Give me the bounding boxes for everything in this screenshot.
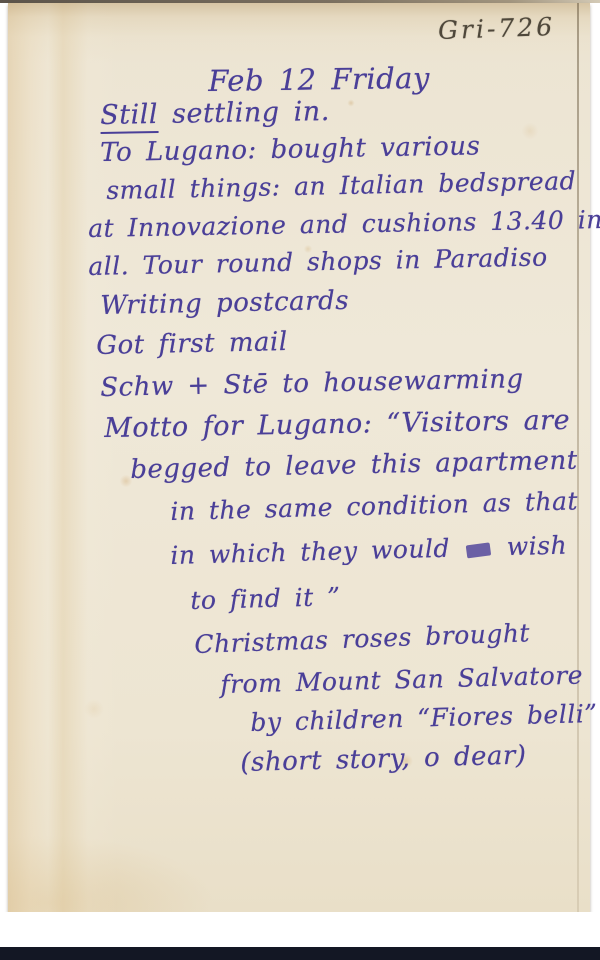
handwriting-line: To Lugano: bought various bbox=[100, 131, 481, 168]
handwriting-line: Feb 12 Friday bbox=[208, 61, 430, 98]
handwriting-line: at Innovazione and cushions 13.40 in bbox=[88, 205, 600, 243]
handwriting-line: Still settling in. bbox=[100, 96, 330, 131]
scan-bottom-margin bbox=[0, 912, 600, 947]
handwriting-line: Schw + Stē to housewarming bbox=[100, 364, 524, 403]
handwriting-line: small things: an Italian bedspread bbox=[106, 166, 576, 205]
handwriting-line: begged to leave this apartment bbox=[130, 446, 578, 485]
handwriting-line: Writing postcards bbox=[100, 286, 349, 321]
handwriting-line: (short story, o dear) bbox=[240, 741, 527, 778]
handwriting-line: in which they would wish bbox=[170, 531, 568, 570]
handwriting-line: from Mount San Salvatore bbox=[220, 661, 583, 699]
handwriting-line: to find it ” bbox=[190, 582, 341, 615]
handwriting-line: Motto for Lugano: “Visitors are bbox=[104, 405, 570, 444]
scan-bottom-strip bbox=[0, 947, 600, 960]
handwriting-lines: Feb 12 FridayStill settling in.To Lugano… bbox=[0, 0, 600, 960]
handwriting-line: Christmas roses brought bbox=[194, 618, 530, 659]
handwriting-line: in the same condition as that bbox=[170, 486, 578, 526]
handwriting-line: Got first mail bbox=[96, 327, 288, 361]
crossed-out-word bbox=[466, 542, 491, 558]
underlined-word: Still bbox=[100, 99, 158, 134]
handwriting-line: all. Tour round shops in Paradiso bbox=[88, 242, 548, 281]
handwriting-line: by children “Fiores belli” bbox=[250, 699, 598, 737]
diary-page-scan: Gri-726 Feb 12 FridayStill settling in.T… bbox=[0, 0, 600, 960]
